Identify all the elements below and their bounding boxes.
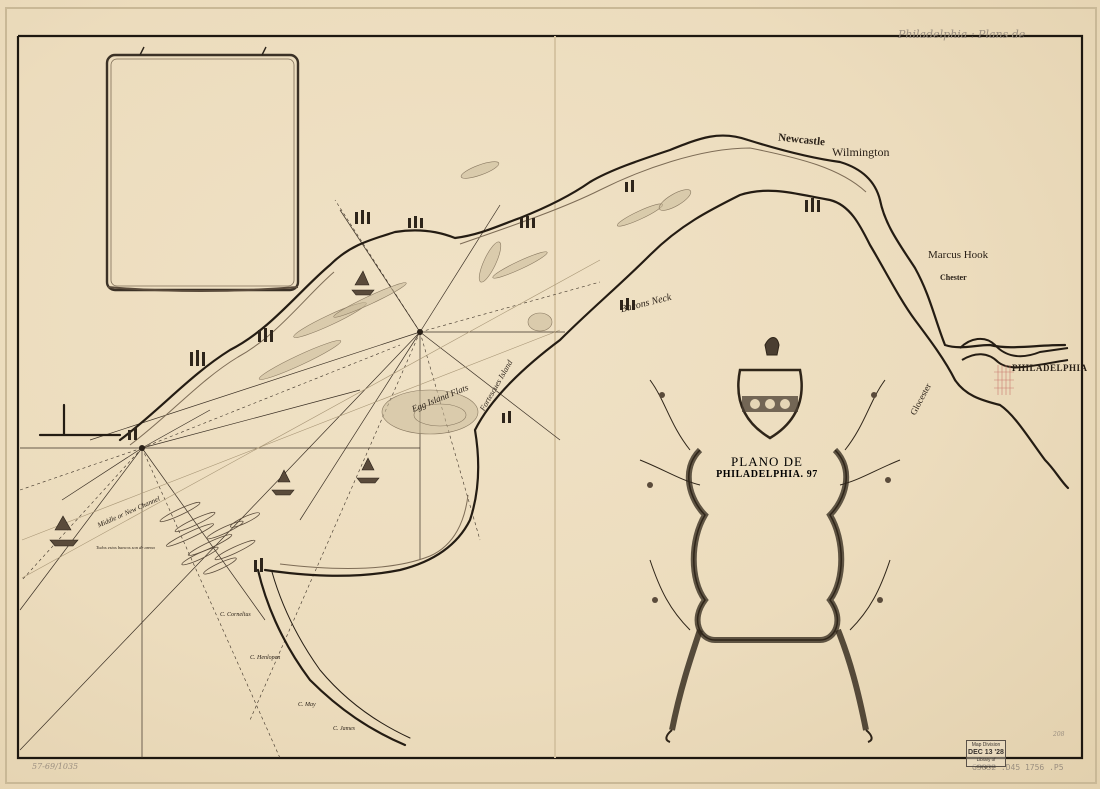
sand-banks [159,500,261,576]
stamp-line1: Map Division [967,742,1005,749]
map-title: PLANO DE PHILADELPHIA. 97 [712,455,822,481]
stamp-line2: DEC 13 '28 [967,749,1005,756]
label-cape-james: C. James [333,726,355,732]
label-marcus-hook: Marcus Hook [928,249,988,261]
label-chester: Chester [940,273,967,282]
map-title-line1: PLANO DE [712,455,822,468]
stamp-line3: Library of Congress [967,756,1005,770]
catalog-number: 57-69/1035 [32,762,78,771]
label-cape-may: C. May [298,702,316,708]
label-sand-note: Todos estos bancos son de arena [96,545,155,550]
label-wilmington: Wilmington [832,145,890,160]
compass-rose-lower [139,445,145,451]
pencil-annotation-title: Philadelphia : Plans de [898,28,1025,41]
philadelphia-city-grid [994,365,1014,395]
compass-rose-upper [417,329,423,335]
title-cartouche [640,338,900,743]
empty-cartouche-frame [107,47,298,291]
shore-shading [130,148,866,568]
shoals [257,158,693,434]
map-drawing [0,0,1100,789]
map-title-line2: PHILADELPHIA. 97 [712,468,822,481]
label-philadelphia: PHILADELPHIA [1012,363,1088,373]
sheet-number: 208 [1053,731,1064,738]
map-sheet: Newcastle Wilmington Marcus Hook Chester… [0,0,1100,789]
library-stamp: Map Division DEC 13 '28 Library of Congr… [966,740,1006,767]
label-cape-henlopen: C. Henlopen [250,655,280,661]
label-cape-cornelius: C. Cornelius [220,612,251,618]
